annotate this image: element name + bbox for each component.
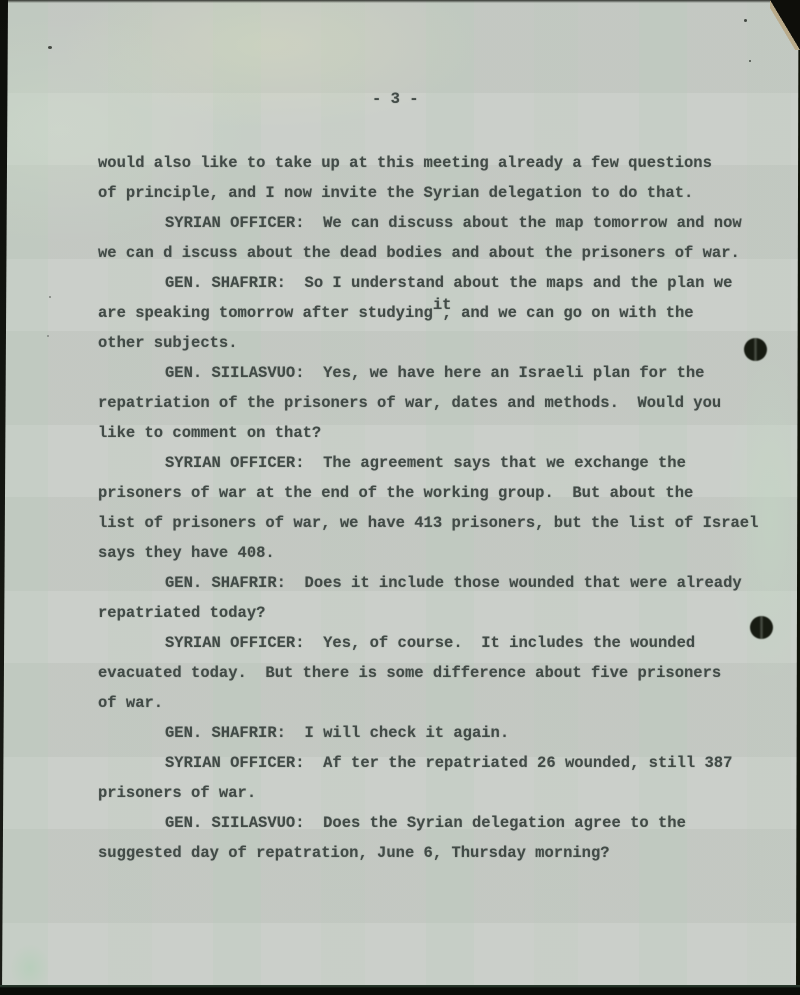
dust-speck [744,19,747,22]
line-text: , and we can go on with the [442,304,693,322]
transcript-line: GEN. SIILASVUO: Yes, we have here an Isr… [98,358,788,388]
transcript-line: list of prisoners of war, we have 413 pr… [98,508,788,538]
transcript-line: GEN. SHAFRIR: I will check it again. [98,718,788,748]
transcript-line: GEN. SIILASVUO: Does the Syrian delegati… [98,808,788,838]
transcript-line: prisoners of war at the end of the worki… [98,478,788,508]
scan-edge-right [796,0,800,995]
scan-edge-top [0,0,800,3]
line-text: are speaking tomorrow after studying [98,304,433,322]
transcript-line: says they have 408. [98,538,788,568]
transcript-line: repatriation of the prisoners of war, da… [98,388,788,418]
transcript-line: we can d iscuss about the dead bodies an… [98,238,788,268]
transcript-line: would also like to take up at this meeti… [98,148,788,178]
hole-punch-top [744,338,767,361]
transcript-line: SYRIAN OFFICER: We can discuss about the… [98,208,788,238]
transcript-line: like to comment on that? [98,418,788,448]
scanned-page: - 3 - would also like to take up at this… [0,0,800,995]
scan-edge-bottom [0,985,800,995]
dust-speck [49,296,51,298]
dust-speck [48,46,52,49]
transcript-line: are speaking tomorrow after studyingit, … [98,298,788,328]
page-number: - 3 - [372,90,419,108]
scan-edge-left [0,0,8,995]
transcript-line: of principle, and I now invite the Syria… [98,178,788,208]
transcript: would also like to take up at this meeti… [98,148,788,868]
clipped-corner-top-right [770,0,800,50]
typed-insertion-above-line: it [433,290,452,320]
dust-speck [47,335,49,337]
transcript-line: GEN. SHAFRIR: Does it include those woun… [98,568,788,598]
transcript-line: evacuated today. But there is some diffe… [98,658,788,688]
transcript-line: SYRIAN OFFICER: Yes, of course. It inclu… [98,628,788,658]
transcript-line: of war. [98,688,788,718]
transcript-line: prisoners of war. [98,778,788,808]
transcript-line: repatriated today? [98,598,788,628]
transcript-line: SYRIAN OFFICER: The agreement says that … [98,448,788,478]
transcript-line: suggested day of repatration, June 6, Th… [98,838,788,868]
dust-speck [749,60,751,62]
transcript-line: other subjects. [98,328,788,358]
transcript-line: SYRIAN OFFICER: Af ter the repatriated 2… [98,748,788,778]
hole-punch-bottom [750,616,773,639]
